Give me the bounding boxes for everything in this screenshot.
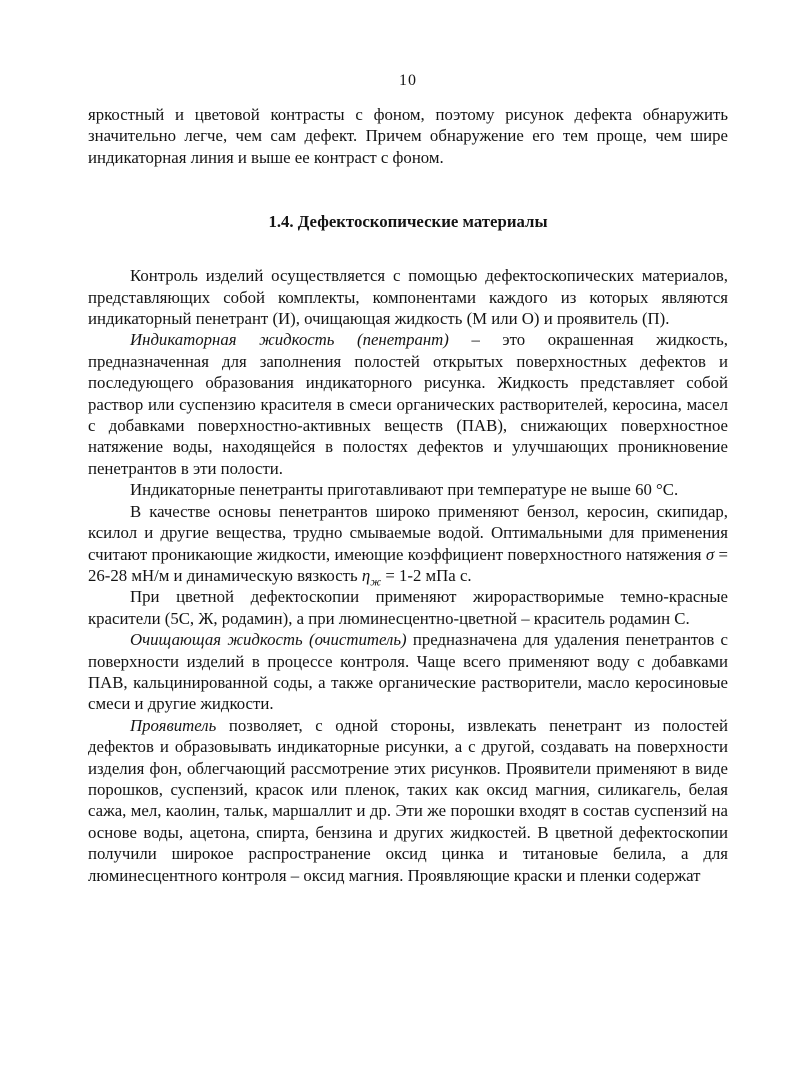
- page-content: 10 яркостный и цветовой контрасты с фоно…: [88, 0, 728, 886]
- paragraph: В качестве основы пенетрантов широко при…: [88, 501, 728, 587]
- paragraph: Проявитель позволяет, с одной стороны, и…: [88, 715, 728, 886]
- document-page: 10 яркостный и цветовой контрасты с фоно…: [0, 0, 809, 1080]
- paragraph: Индикаторные пенетранты приготавливают п…: [88, 479, 728, 500]
- paragraph: При цветной дефектоскопии применяют жиро…: [88, 586, 728, 629]
- paragraph-continuation: яркостный и цветовой контрасты с фоном, …: [88, 104, 728, 168]
- paragraph: Контроль изделий осуществляется с помощь…: [88, 265, 728, 329]
- section-heading: 1.4. Дефектоскопические материалы: [88, 211, 728, 232]
- page-number: 10: [88, 70, 728, 91]
- paragraph: Индикаторная жидкость (пенетрант) – это …: [88, 329, 728, 479]
- paragraph: Очищающая жидкость (очиститель) предназн…: [88, 629, 728, 715]
